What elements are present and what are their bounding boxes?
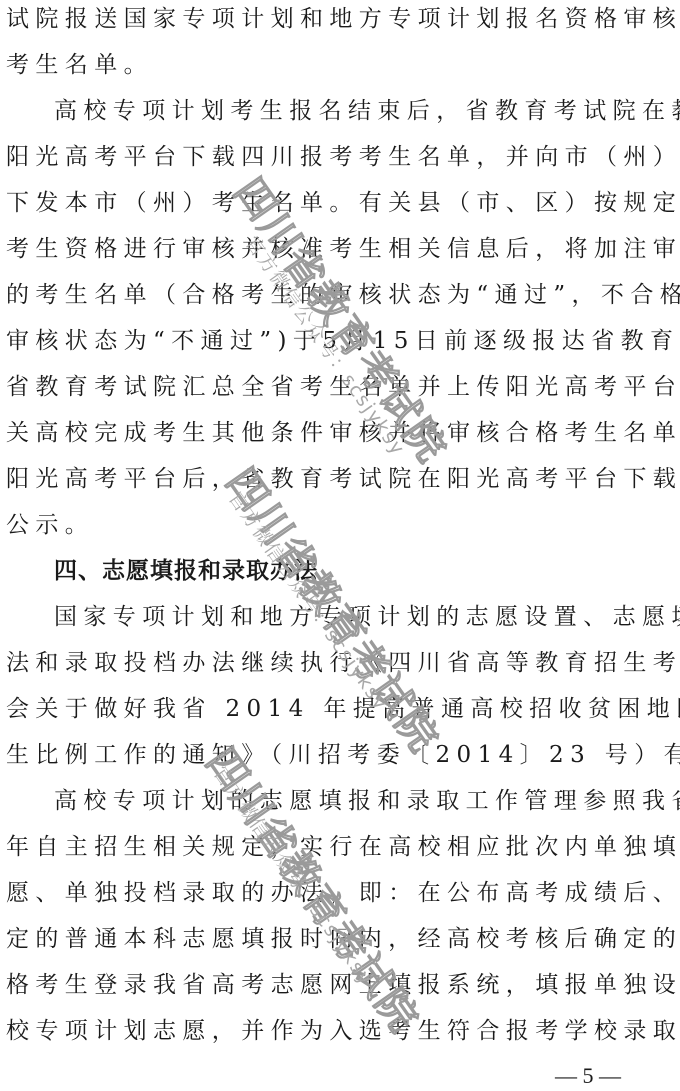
body-line: 试院报送国家专项计划和地方专项计划报名资格审核合格: [6, 4, 632, 34]
body-line: 格考生登录我省高考志愿网上填报系统，填报单独设置的高: [6, 970, 632, 1000]
body-line: 校专项计划志愿，并作为入选考生符合报考学校录取要求时进: [6, 1016, 632, 1046]
body-line: 生比例工作的通知》（川招考委〔2014〕23 号）有关规定。: [6, 740, 632, 770]
section-heading: 四、志愿填报和录取办法: [54, 556, 632, 586]
body-line: 的考生名单（合格考生的审核状态为“通过”，不合格考生的: [6, 280, 632, 310]
body-line: 定的普通本科志愿填报时间内，经高校考核后确定的入选资: [6, 924, 632, 954]
paragraph-start-line: 高校专项计划的志愿填报和录取工作管理参照我省今: [54, 786, 632, 816]
body-line: 考生资格进行审核并核准考生相关信息后，将加注审核结果: [6, 234, 632, 264]
body-line: 会关于做好我省 2014 年提高普通高校招收贫困地区农村学: [6, 694, 632, 724]
page-number: — 5 —: [555, 1063, 635, 1089]
document-page: 试院报送国家专项计划和地方专项计划报名资格审核合格 考生名单。 高校专项计划考生…: [0, 0, 680, 1091]
body-line: 下发本市（州）考生名单。有关县（市、区）按规定条件对: [6, 188, 632, 218]
body-line: 阳光高考平台下载四川报考考生名单，并向市（州）招考办: [6, 142, 632, 172]
body-line: 考生名单。: [6, 50, 632, 80]
paragraph-start-line: 高校专项计划考生报名结束后，省教育考试院在教育部: [54, 96, 632, 126]
body-line: 愿、单独投档录取的办法，即：在公布高考成绩后、我省规: [6, 878, 632, 908]
body-line: 审核状态为“不通过”)于5月15日前逐级报达省教育考试院。: [6, 326, 632, 356]
body-line: 关高校完成考生其他条件审核并将审核合格考生名单上传: [6, 418, 632, 448]
paragraph-start-line: 国家专项计划和地方专项计划的志愿设置、志愿填报办: [54, 602, 632, 632]
body-line: 阳光高考平台后，省教育考试院在阳光高考平台下载并进行: [6, 464, 632, 494]
body-line: 省教育考试院汇总全省考生名单并上传阳光高考平台，待有: [6, 372, 632, 402]
body-line: 公示。: [6, 510, 632, 540]
body-line: 法和录取投档办法继续执行《四川省高等教育招生考试委员: [6, 648, 632, 678]
body-line: 年自主招生相关规定，实行在高校相应批次内单独填报志: [6, 832, 632, 862]
